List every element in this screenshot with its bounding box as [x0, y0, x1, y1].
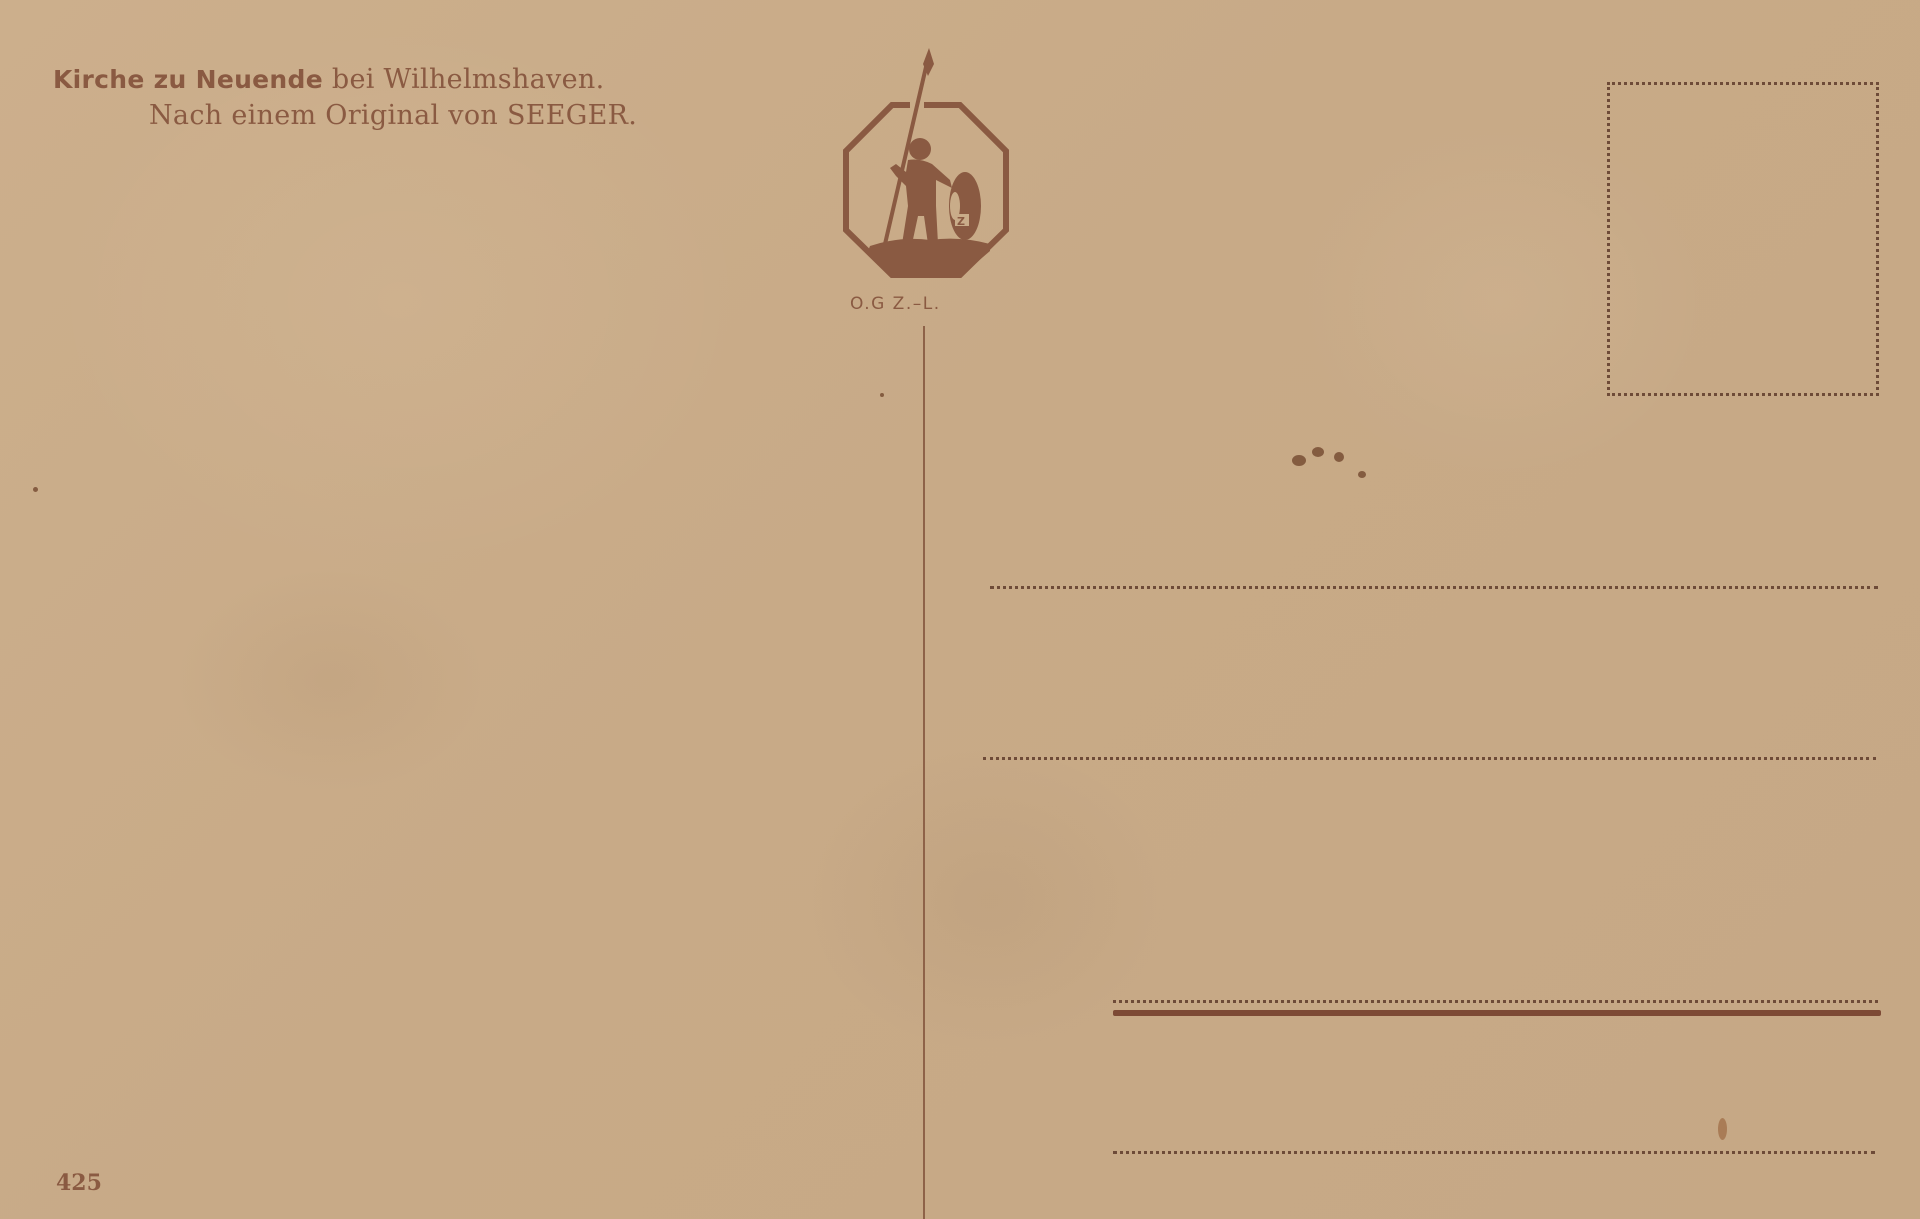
- caption-title-rest: bei Wilhelmshaven.: [323, 64, 604, 95]
- address-line-4: [1113, 1151, 1875, 1154]
- address-line-3: [1113, 1000, 1878, 1003]
- center-divider-line: [923, 326, 925, 1219]
- caption: Kirche zu Neuende bei Wilhelmshaven. Nac…: [53, 62, 637, 134]
- stain-spot: [1292, 455, 1306, 466]
- stain-spot: [33, 487, 38, 492]
- publisher-logo-icon: Z: [840, 46, 1015, 281]
- publisher-mark: O.G Z.–L.: [850, 294, 990, 314]
- caption-subtitle: Nach einem Original von SEEGER.: [149, 98, 637, 134]
- stain-spot: [1312, 447, 1324, 457]
- stamp-box: [1607, 82, 1879, 396]
- stain-spot: [880, 393, 884, 397]
- stain-spot: [1358, 471, 1366, 478]
- catalog-number: 425: [56, 1170, 102, 1196]
- stain-spot: [1334, 452, 1344, 462]
- address-line-2: [983, 757, 1876, 760]
- address-line-1: [990, 586, 1878, 589]
- caption-title-bold: Kirche zu Neuende: [53, 65, 323, 94]
- svg-text:Z: Z: [957, 215, 965, 228]
- address-underline-rule: [1113, 1010, 1881, 1016]
- stain-spot: [1718, 1118, 1727, 1140]
